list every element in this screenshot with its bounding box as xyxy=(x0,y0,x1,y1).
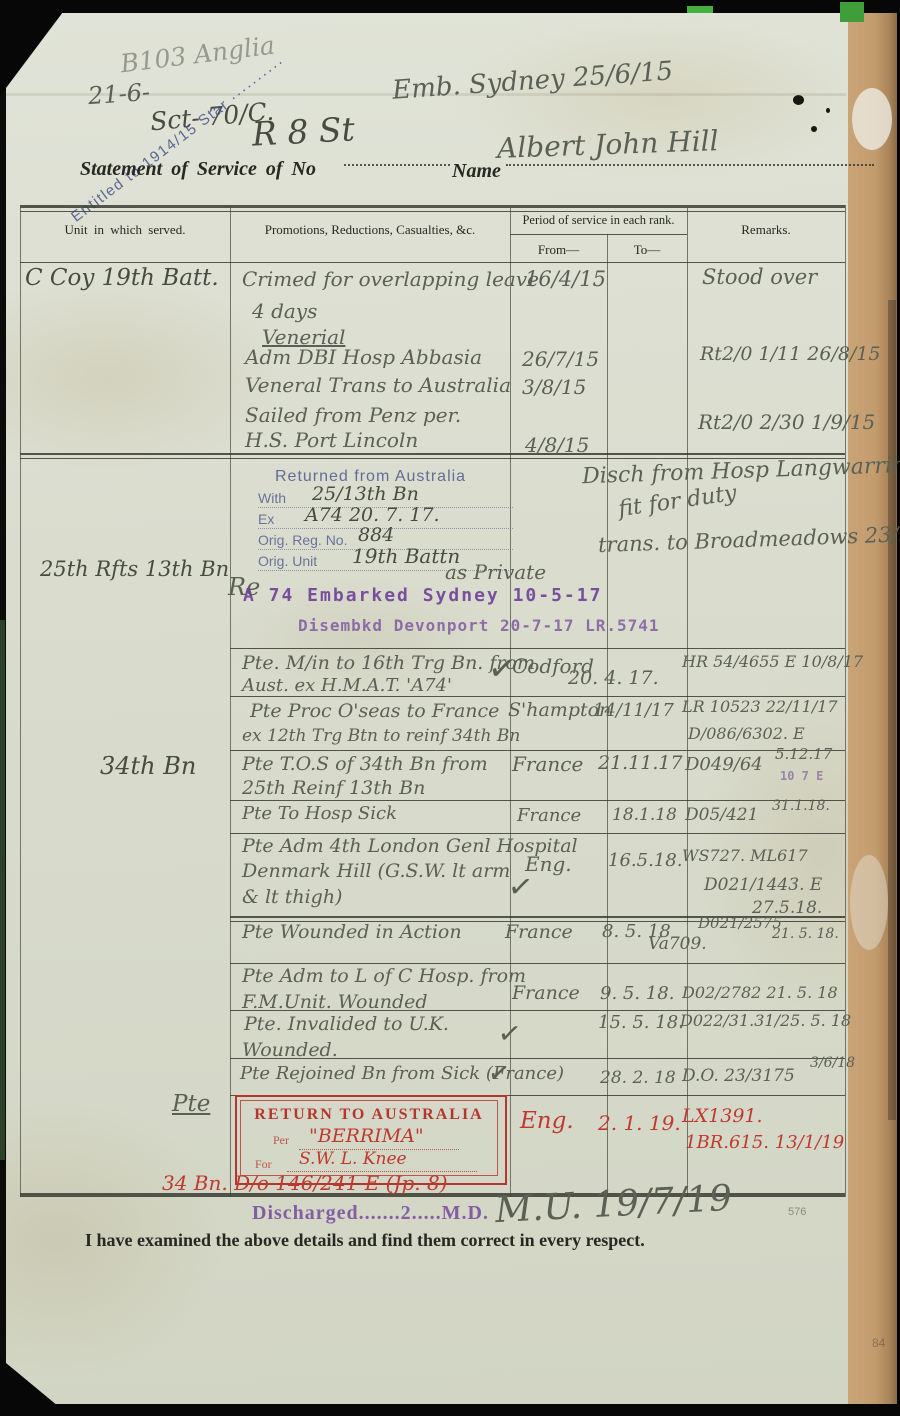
remarks-entry: D021/2575 xyxy=(698,914,782,932)
remarks-entry: D02/2782 21. 5. 18 xyxy=(682,983,838,1002)
bottom-edge xyxy=(0,1404,900,1416)
promotion-entry: Denmark Hill (G.S.W. lt arm xyxy=(242,860,510,882)
remarks-entry: WS727. ML617 xyxy=(682,846,808,865)
unit-entry: 34th Bn xyxy=(100,752,196,780)
for-label: For xyxy=(255,1157,272,1172)
cardboard-blotch xyxy=(852,88,892,150)
service-table: Unit in which served. Promotions, Reduct… xyxy=(20,205,845,1197)
column-header-unit: Unit in which served. xyxy=(20,222,230,238)
date-pencil-note: 21-6- xyxy=(87,78,151,110)
promotion-entry: 25th Reinf 13th Bn xyxy=(242,777,425,799)
remarks-entry: LX1391. xyxy=(682,1105,763,1127)
from-date: 28. 2. 18 xyxy=(600,1068,676,1088)
promotion-entry: Wounded. xyxy=(242,1039,338,1061)
grid-line xyxy=(20,262,845,263)
examined-statement: I have examined the above details and fi… xyxy=(85,1230,645,1251)
remarks-entry: Rt2/0 1/11 26/8/15 xyxy=(700,343,881,365)
remarks-entry: Stood over xyxy=(702,265,817,289)
stamp-title: RETURN TO AUSTRALIA xyxy=(237,1106,501,1124)
promotion-entry: & lt thigh) xyxy=(242,886,342,908)
remarks-entry: 1BR.615. 13/1/19 xyxy=(685,1132,844,1153)
va-note: Va709. xyxy=(648,934,707,954)
promotion-entry: Sailed from Penz per. xyxy=(245,403,461,427)
promotion-entry: 4 days xyxy=(252,299,317,323)
promotion-entry: Pte Proc O'seas to France xyxy=(250,700,499,722)
from-date: 4/8/15 xyxy=(525,433,589,457)
battalion-order-note: 34 Bn. D/o 146/241 E (Jp. 8) xyxy=(162,1171,448,1195)
returned-stamp-with-label: With xyxy=(258,490,286,506)
promotion-entry: F.M.Unit. Wounded xyxy=(242,991,428,1013)
promotion-entry: Veneral Trans to Australia xyxy=(245,373,511,397)
grid-line xyxy=(230,800,845,801)
unit-entry: 25th Rfts 13th Bn xyxy=(40,557,229,581)
grid-line xyxy=(20,211,845,212)
promotion-entry: Adm DBI Hosp Abbasia xyxy=(245,345,482,369)
column-header-promotions: Promotions, Reductions, Casualties, &c. xyxy=(230,222,510,238)
from-date: 18.1.18 xyxy=(612,805,677,825)
from-date: 14/11/17 xyxy=(593,700,674,721)
returned-stamp-reg-label: Orig. Reg. No. xyxy=(258,532,347,548)
returned-ex-value: A74 20. 7. 17. xyxy=(305,504,440,526)
promotion-entry: Pte T.O.S of 34th Bn from xyxy=(242,753,488,775)
pte-pencil-note: Pte xyxy=(172,1091,210,1117)
disembarked-stamp: Disembkd Devonport 20-7-17 LR.5741 xyxy=(298,616,660,635)
from-date: 20. 4. 17. xyxy=(568,667,659,689)
column-header-from: From— xyxy=(510,242,607,258)
returned-stamp-ex-label: Ex xyxy=(258,511,274,527)
return-reason: S.W. L. Knee xyxy=(299,1149,407,1169)
faint-number: 84 xyxy=(872,1336,885,1350)
regimental-script: R 8 St xyxy=(251,109,356,153)
remarks-entry: D049/64 xyxy=(685,754,763,775)
from-date: 2. 1. 19. xyxy=(598,1111,681,1135)
green-mark-corner xyxy=(840,2,864,22)
remarks-entry: D.O. 23/3175 xyxy=(682,1066,795,1086)
discharged-stamp: Discharged.......2.....M.D. xyxy=(252,1202,489,1225)
remarks-entry: D/086/6302. E xyxy=(688,724,805,743)
grid-line xyxy=(20,205,845,208)
remarks-entry: LR 10523 22/11/17 xyxy=(682,697,838,716)
grid-line xyxy=(510,234,687,235)
promotion-entry: ex 12th Trg Btn to reinf 34th Bn xyxy=(242,726,520,746)
from-place: France xyxy=(517,805,581,826)
tick-mark: ✓ xyxy=(496,1016,524,1052)
column-header-to: To— xyxy=(607,242,687,258)
scanned-service-record: B103 Anglia 21-6- Sct- 70/C. Entitled to… xyxy=(0,0,900,1416)
cardboard-blotch xyxy=(850,855,888,950)
grid-line xyxy=(20,453,845,455)
returned-with-value: 25/13th Bn xyxy=(312,483,419,505)
remarks-entry: HR 54/4655 E 10/8/17 xyxy=(682,652,863,671)
tick-mark: ✓ xyxy=(486,1058,512,1091)
name-label: Name xyxy=(452,160,501,183)
number-dotted-line xyxy=(344,164,450,166)
remarks-entry: 21. 5. 18. xyxy=(772,926,839,942)
remarks-entry: Rt2/0 2/30 1/9/15 xyxy=(698,410,875,434)
promotion-entry: H.S. Port Lincoln xyxy=(245,428,418,452)
promotion-entry: Pte To Hosp Sick xyxy=(242,803,397,824)
from-date: 9. 5. 18. xyxy=(600,983,674,1004)
as-private-note: as Private xyxy=(445,560,546,584)
from-place: Eng. xyxy=(520,1108,574,1134)
remarks-entry: 3/6/18 xyxy=(810,1055,855,1071)
grid-line xyxy=(230,963,845,964)
promotion-entry: Crimed for overlapping leave xyxy=(242,267,539,291)
ink-speck xyxy=(793,95,804,105)
faint-number: 576 xyxy=(788,1206,806,1218)
cardboard-shadow xyxy=(888,300,896,1120)
green-mark-top xyxy=(687,6,713,13)
promotion-entry: Pte Rejoined Bn from Sick (France) xyxy=(240,1063,564,1084)
from-date: 3/8/15 xyxy=(522,375,586,399)
returned-reg-value: 884 xyxy=(358,524,394,546)
from-place: Eng. xyxy=(525,852,572,876)
per-label: Per xyxy=(273,1133,289,1148)
remarks-entry: 31.1.18. xyxy=(772,798,830,814)
from-date: 26/7/15 xyxy=(522,347,599,371)
grid-line xyxy=(230,750,845,751)
grid-line xyxy=(230,648,845,649)
returned-stamp-unit-label: Orig. Unit xyxy=(258,553,317,569)
promotion-entry: Pte Adm to L of C Hosp. from xyxy=(242,965,526,987)
remarks-entry: 10 7 E xyxy=(780,769,823,783)
promotion-entry: Pte Wounded in Action xyxy=(242,921,462,943)
statement-label: Statement of Service of No xyxy=(80,158,316,181)
from-place: France xyxy=(505,921,573,943)
grid-line xyxy=(230,833,845,834)
name-dotted-line xyxy=(506,164,874,166)
green-edge-strip xyxy=(0,620,5,1160)
from-place: France xyxy=(512,752,583,776)
from-place: France xyxy=(512,982,580,1004)
from-date: 16/4/15 xyxy=(525,267,606,291)
from-date: 16.5.18. xyxy=(608,850,682,871)
ink-speck xyxy=(826,108,830,113)
embarked-stamp: A 74 Embarked Sydney 10-5-17 xyxy=(243,585,602,606)
remarks-entry: D021/1443. E xyxy=(704,875,822,895)
grid-line xyxy=(20,205,21,1197)
ship-name: "BERRIMA" xyxy=(309,1125,424,1147)
grid-line xyxy=(230,205,231,1197)
ink-speck xyxy=(811,126,817,132)
remarks-entry: D022/31.31/25. 5. 18 xyxy=(680,1011,851,1030)
from-date: 15. 5. 18. xyxy=(598,1012,684,1033)
column-header-remarks: Remarks. xyxy=(687,222,845,238)
promotion-entry: Pte. Invalided to U.K. xyxy=(244,1013,449,1035)
remarks-entry: D05/421 xyxy=(685,805,758,825)
from-date: 21.11.17 xyxy=(598,752,683,774)
top-edge xyxy=(0,0,900,13)
unit-entry: C Coy 19th Batt. xyxy=(25,265,219,291)
remarks-entry: 5.12.17 xyxy=(775,745,832,763)
promotion-entry: Aust. ex H.M.A.T. 'A74' xyxy=(242,675,452,696)
column-header-period: Period of service in each rank. xyxy=(510,213,687,228)
